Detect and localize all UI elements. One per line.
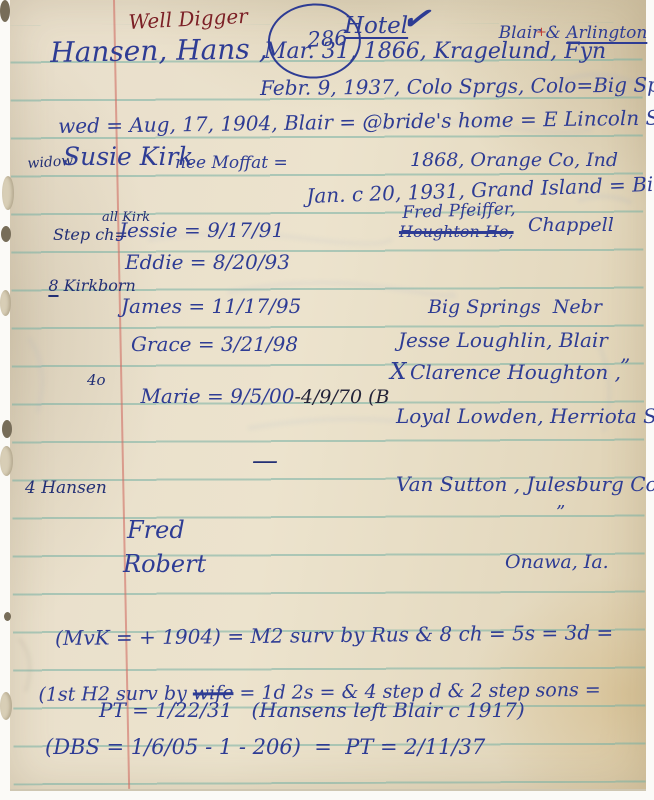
hansen-margin-note: 4 Hansen [25,480,107,498]
jessie-spouse-place: Chappell [528,216,614,236]
james-place: Big Springs Nebr [428,298,602,318]
robert-place: Onawa, Ia. [505,553,609,573]
child-entry-jessie: Jessie = 9/17/91 [119,220,284,241]
child-entry-grace: Grace = 3/21/98 [131,334,298,355]
eddie-margin-word: Kirkborn [59,276,136,295]
marie-spouse: Clarence Houghton , [410,362,621,383]
eddie-margin-note: 8 Kirkborn [28,261,136,311]
step-children-label: Step ch= [53,227,128,244]
marie-spouse-second: Loyal Lowden, Herriota SD [396,406,654,427]
son-in-law-entry: Van Sutton , Julesburg Colo [396,474,654,495]
research-note-3: PT = 1/22/31 (Hansens left Blair c 1917) [99,700,525,721]
subject-name: Hansen, Hans , [50,34,268,67]
eddie-margin-number: 8 [48,276,58,295]
wife-birth: 1868, Orange Co, Ind [410,151,618,171]
child-entry-robert: Robert [123,552,206,577]
check-mark-icon: ✓ [399,0,432,39]
wife-name: Susie Kirk [63,144,194,170]
child-entry-fred: Fred [127,518,185,543]
union-mark: X [390,360,406,384]
subject-death: Febr. 9, 1937, Colo Sprgs, Colo=Big Spr … [260,74,654,99]
separator-dash: — [252,448,278,475]
grace-spouse: Jesse Loughlin, Blair [398,330,608,351]
child-entry-james: James = 11/17/95 [121,296,301,317]
research-note-4: (DBS = 1/6/05 - 1 - 206) = PT = 2/11/37 [45,736,485,758]
marie-death-added: -4/9/70 (B [294,386,389,408]
research-note-1: (MvK = + 1904) = M2 surv by Rus & 8 ch =… [55,622,613,649]
jessie-spouse-correction: Fred Pfeiffer, [402,201,516,223]
wife-maiden-name: nee Moffat = [175,155,288,173]
red-plus-mark: + [536,26,547,40]
child-entry-eddie: Eddie = 8/20/93 [125,252,290,273]
subject-birth: Mar. 31, 1866, Kragelund, Fyn [264,40,606,63]
ditto-mark: ” [556,504,565,523]
scanned-ledger-page: Well Digger 286 Hotel ✓ Blair & Arlingto… [0,0,654,800]
jessie-spouse-struck: Houghton Ho, [399,224,514,241]
marie-margin-note: 4o [87,373,106,389]
ditto-mark: ” [620,356,630,377]
child-entry-marie: Marie = 9/5/00-4/9/70 (B [115,365,389,429]
marie-name-date: Marie = 9/5/00 [140,384,294,408]
